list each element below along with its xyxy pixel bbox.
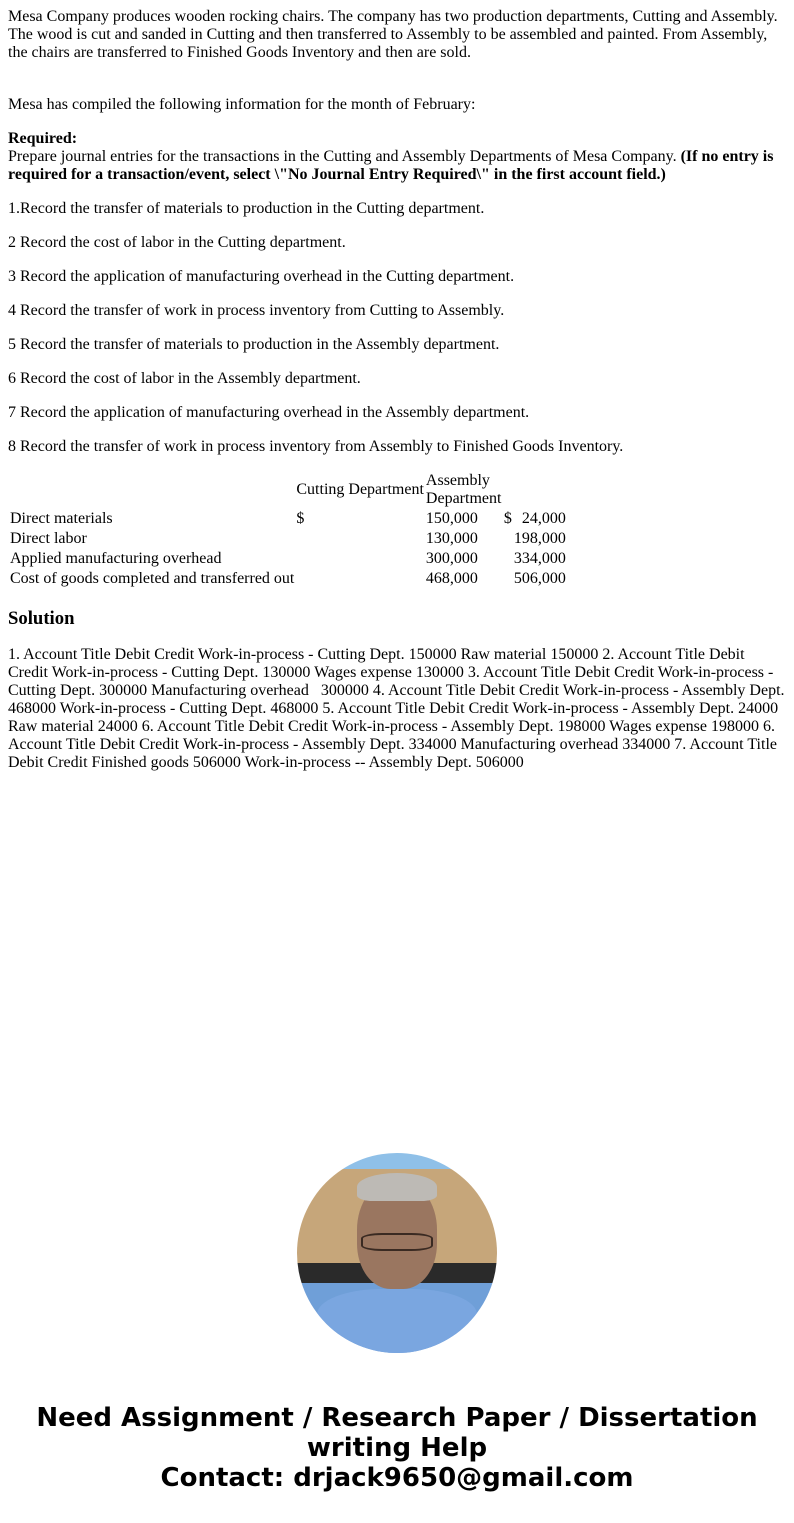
row-label: Cost of goods completed and transferred … bbox=[10, 570, 294, 588]
task-5: 5 Record the transfer of materials to pr… bbox=[8, 336, 786, 354]
row-assembly-value: 334,000 bbox=[514, 550, 566, 568]
row-cutting-value: 130,000 bbox=[426, 530, 502, 548]
row-cutting-value: 150,000 bbox=[426, 510, 502, 528]
row-assembly-value: 24,000 bbox=[514, 510, 566, 528]
task-7: 7 Record the application of manufacturin… bbox=[8, 404, 786, 422]
row-currency bbox=[504, 570, 512, 588]
row-assembly-value: 506,000 bbox=[514, 570, 566, 588]
cost-table: Cutting Department Assembly Department D… bbox=[8, 470, 568, 590]
row-currency: $ bbox=[296, 510, 424, 528]
table-header-row: Cutting Department Assembly Department bbox=[10, 472, 566, 508]
task-3: 3 Record the application of manufacturin… bbox=[8, 268, 786, 286]
row-label: Direct labor bbox=[10, 530, 294, 548]
task-4: 4 Record the transfer of work in process… bbox=[8, 302, 786, 320]
promo-banner: Need Assignment / Research Paper / Disse… bbox=[0, 1403, 794, 1493]
avatar-shirt bbox=[317, 1289, 477, 1353]
header-cutting: Cutting Department bbox=[296, 472, 424, 508]
table-row: Cost of goods completed and transferred … bbox=[10, 570, 566, 588]
row-currency: $ bbox=[504, 510, 512, 528]
task-1: 1.Record the transfer of materials to pr… bbox=[8, 200, 786, 218]
task-8: 8 Record the transfer of work in process… bbox=[8, 438, 786, 456]
table-row: Applied manufacturing overhead 300,000 3… bbox=[10, 550, 566, 568]
row-currency bbox=[296, 530, 424, 548]
compiled-paragraph: Mesa has compiled the following informat… bbox=[8, 96, 786, 114]
required-block: Required: Prepare journal entries for th… bbox=[8, 130, 786, 184]
row-label: Applied manufacturing overhead bbox=[10, 550, 294, 568]
row-currency bbox=[504, 530, 512, 548]
row-currency bbox=[296, 570, 424, 588]
avatar-glasses-icon bbox=[361, 1233, 433, 1251]
promo-contact: Contact: drjack9650@gmail.com bbox=[0, 1463, 794, 1493]
avatar-hair bbox=[357, 1173, 437, 1201]
row-currency bbox=[504, 550, 512, 568]
row-assembly-value: 198,000 bbox=[514, 530, 566, 548]
row-cutting-value: 468,000 bbox=[426, 570, 502, 588]
header-assembly: Assembly Department bbox=[426, 472, 566, 508]
solution-heading: Solution bbox=[8, 610, 786, 628]
header-blank bbox=[10, 472, 294, 508]
document-body: Mesa Company produces wooden rocking cha… bbox=[0, 0, 794, 772]
table-row: Direct labor 130,000 198,000 bbox=[10, 530, 566, 548]
task-6: 6 Record the cost of labor in the Assemb… bbox=[8, 370, 786, 388]
promo-line-1: Need Assignment / Research Paper / Disse… bbox=[0, 1403, 794, 1463]
task-2: 2 Record the cost of labor in the Cuttin… bbox=[8, 234, 786, 252]
row-cutting-value: 300,000 bbox=[426, 550, 502, 568]
spacer bbox=[8, 78, 786, 96]
table-row: Direct materials $ 150,000 $ 24,000 bbox=[10, 510, 566, 528]
required-text: Prepare journal entries for the transact… bbox=[8, 148, 677, 165]
solution-text: 1. Account Title Debit Credit Work-in-pr… bbox=[8, 646, 786, 772]
row-currency bbox=[296, 550, 424, 568]
author-avatar bbox=[297, 1153, 497, 1353]
required-label: Required: bbox=[8, 130, 77, 147]
row-label: Direct materials bbox=[10, 510, 294, 528]
intro-paragraph: Mesa Company produces wooden rocking cha… bbox=[8, 8, 786, 62]
